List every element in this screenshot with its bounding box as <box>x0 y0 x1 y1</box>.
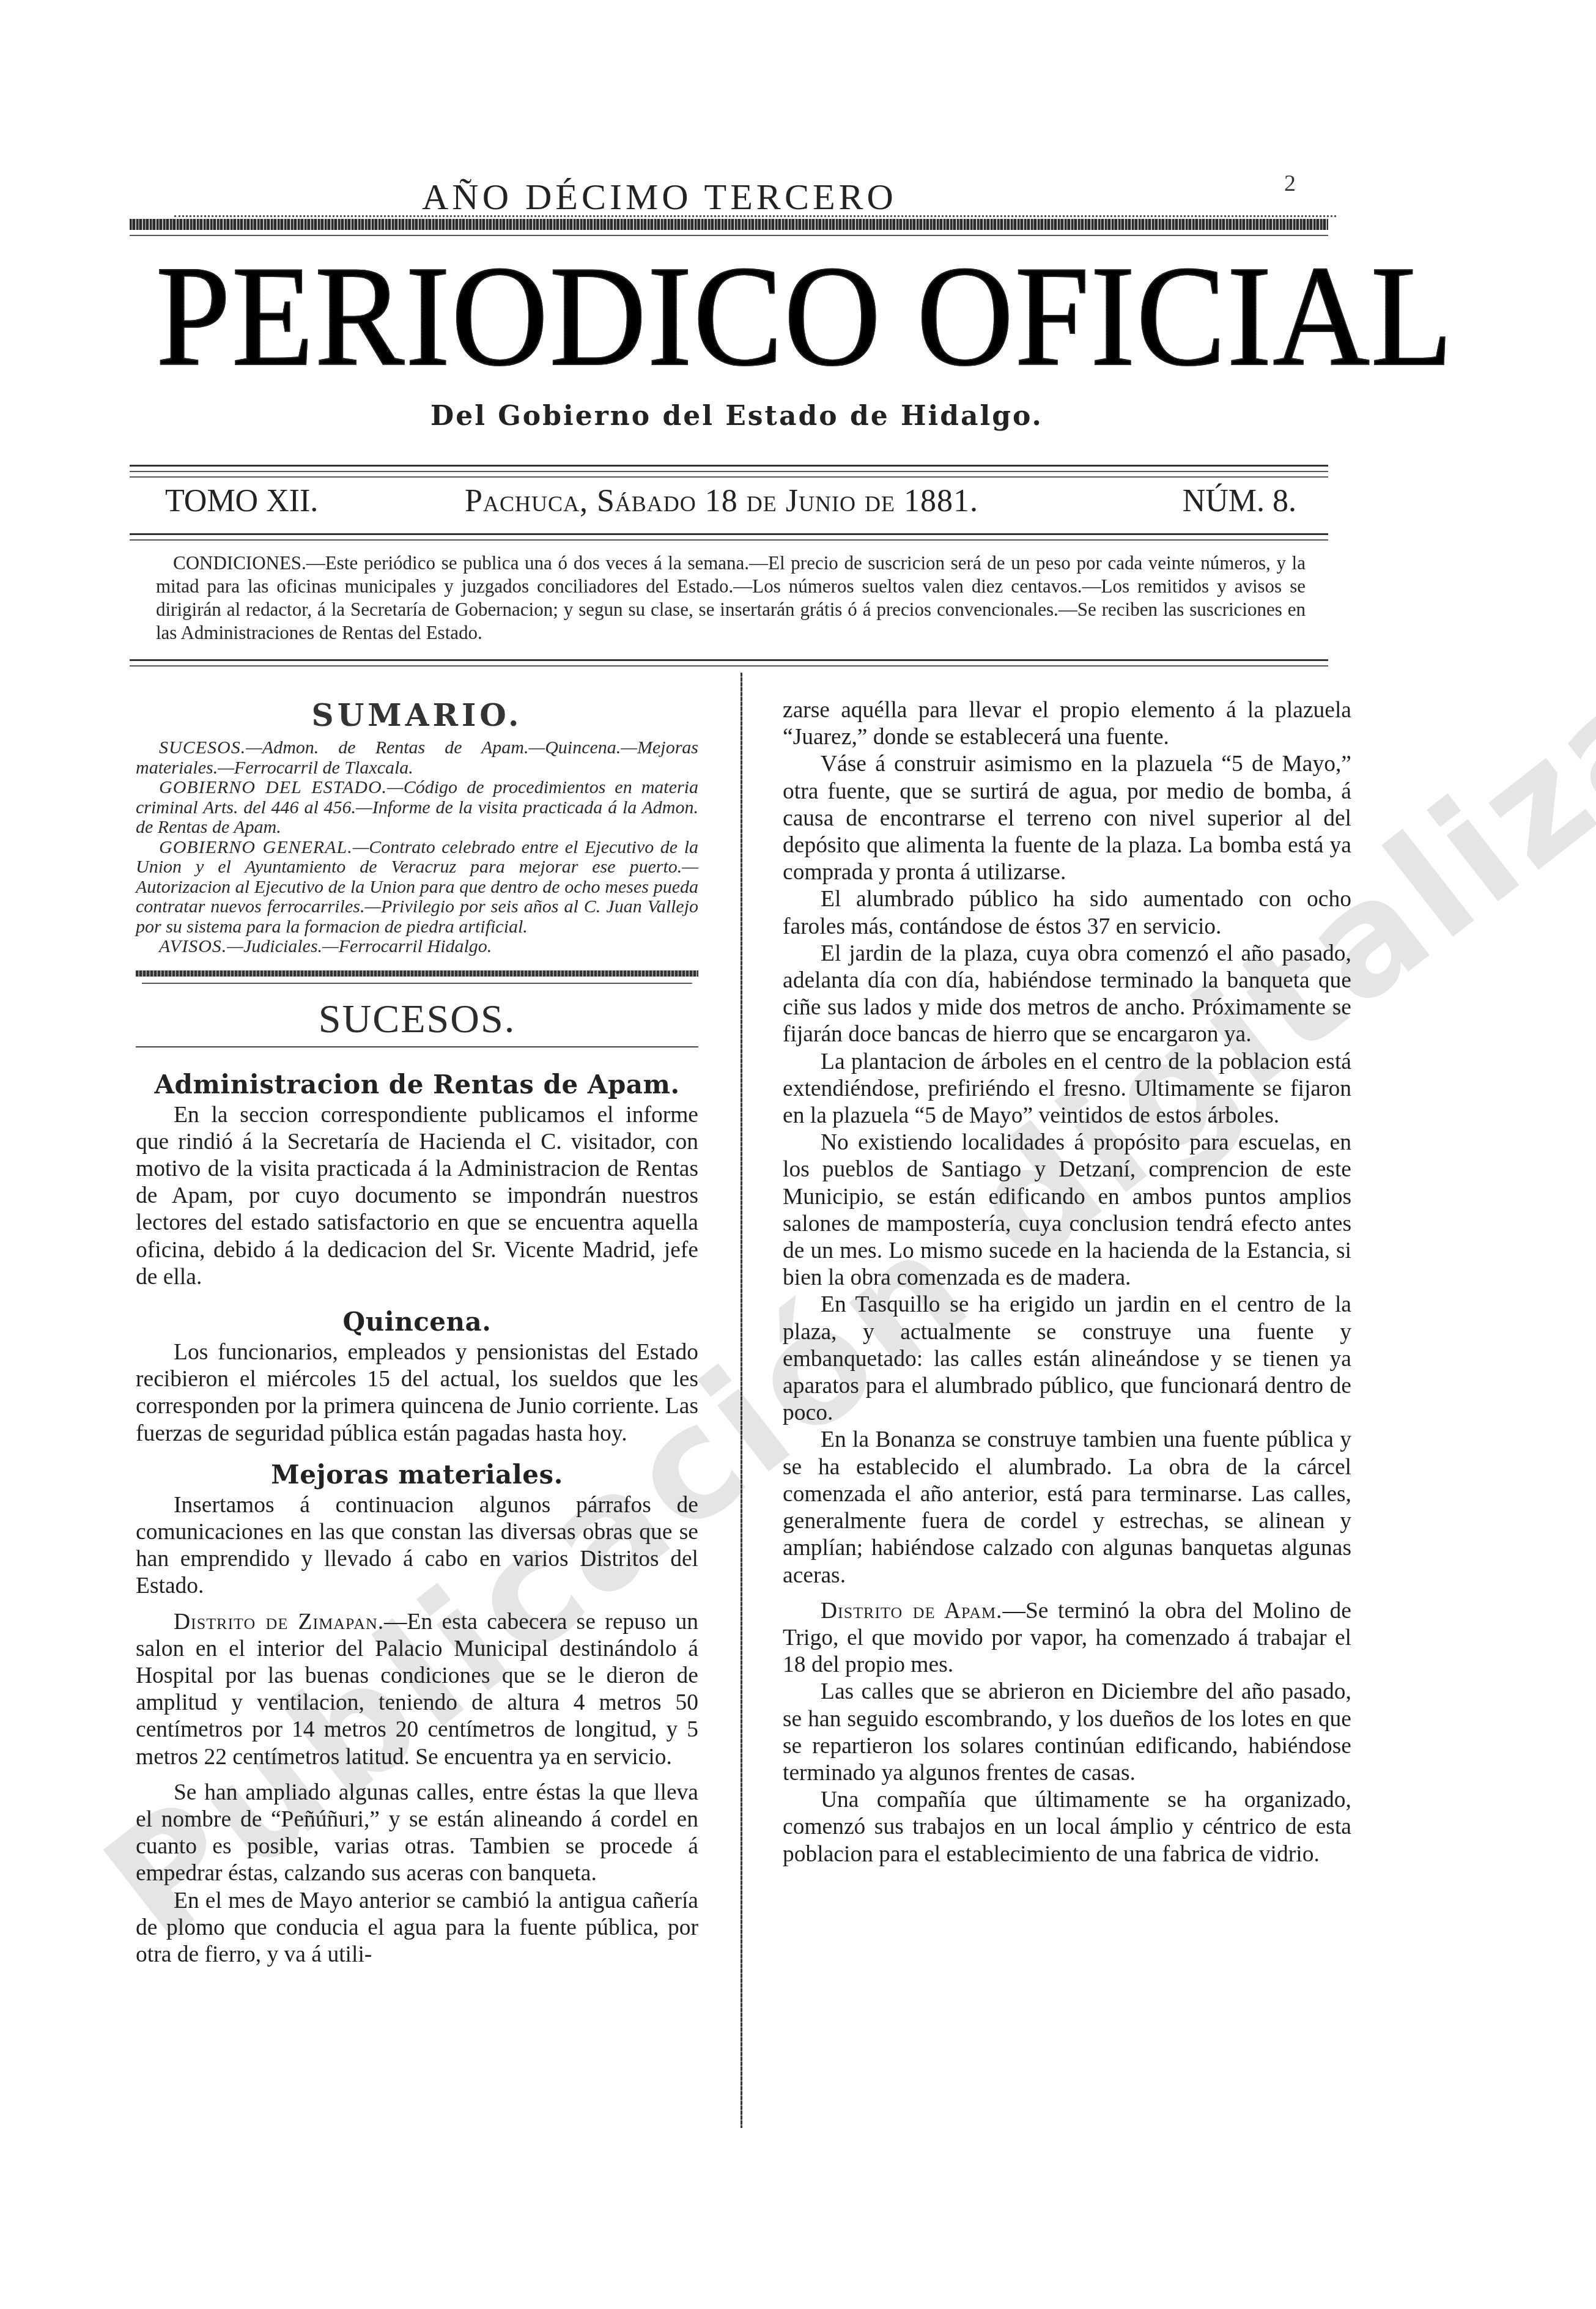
dateline: Pachuca, Sábado 18 de Junio de 1881. <box>465 483 978 519</box>
article-paragraph: Las calles que se abrieron en Diciembre … <box>783 1679 1351 1787</box>
article-heading: Mejoras materiales. <box>136 1460 698 1490</box>
right-column: zarse aquélla para llevar el propio elem… <box>783 697 1351 1868</box>
district-paragraph: Distrito de Apam.—Se terminó la obra del… <box>783 1598 1351 1679</box>
district-paragraph: Distrito de Zimapan.—En esta cabecera se… <box>136 1609 698 1771</box>
article-heading: Quincena. <box>136 1307 698 1337</box>
summary-title: SUMARIO. <box>136 697 698 733</box>
subscription-conditions: CONDICIONES.—Este periódico se publica u… <box>156 552 1306 645</box>
page-corner-mark: 2 <box>1284 170 1296 197</box>
summary-box: SUMARIO. SUCESOS.—Admon. de Rentas de Ap… <box>136 697 698 957</box>
article-paragraph: El alumbrado público ha sido aumentado c… <box>783 886 1351 940</box>
conditions-rule-2 <box>130 665 1328 667</box>
info-rule-top-3 <box>130 476 1328 478</box>
section-rule <box>136 1046 698 1047</box>
masthead-rule <box>130 235 1328 236</box>
year-label: AÑO DÉCIMO TERCERO <box>422 176 897 218</box>
continued-paragraph: zarse aquélla para llevar el propio elem… <box>783 697 1351 751</box>
left-column: SUMARIO. SUCESOS.—Admon. de Rentas de Ap… <box>136 697 698 1968</box>
column-divider <box>741 673 742 2128</box>
article-paragraph: El jardin de la plaza, cuya obra comenzó… <box>783 940 1351 1049</box>
info-rule-bottom-1 <box>130 533 1328 535</box>
newspaper-title: PERIODICO OFICIAL <box>156 245 1225 389</box>
article-paragraph: En la seccion correspondiente publicamos… <box>136 1102 698 1291</box>
summary-entry: GOBIERNO GENERAL.—Contrato celebrado ent… <box>136 838 698 937</box>
summary-entry: GOBIERNO DEL ESTADO.—Código de procedimi… <box>136 778 698 838</box>
summary-entry: SUCESOS.—Admon. de Rentas de Apam.—Quinc… <box>136 738 698 778</box>
article-paragraph: Se han ampliado algunas calles, entre és… <box>136 1779 698 1888</box>
article-paragraph: Una compañía que últimamente se ha organ… <box>783 1787 1351 1868</box>
article-paragraph: No existiendo localidades á propósito pa… <box>783 1129 1351 1291</box>
newspaper-subtitle: Del Gobierno del Estado de Hidalgo. <box>355 401 1119 432</box>
info-rule-top-1 <box>130 465 1328 467</box>
sucesos-articles: Administracion de Rentas de Apam. En la … <box>136 1070 698 1969</box>
summary-entry: AVISOS.—Judiciales.—Ferrocarril Hidalgo. <box>136 937 698 957</box>
article-heading: Administracion de Rentas de Apam. <box>136 1070 698 1099</box>
summary-ornamental-rule <box>136 970 698 977</box>
info-rule-bottom-2 <box>130 539 1328 541</box>
conditions-rule-1 <box>130 659 1328 661</box>
section-title-sucesos: SUCESOS. <box>136 996 698 1043</box>
summary-rule <box>142 983 692 984</box>
issue-number: NÚM. 8. <box>1183 483 1296 519</box>
newspaper-page: Publicación digitalizada AÑO DÉCIMO TERC… <box>0 0 1596 2309</box>
article-paragraph: Váse á construir asimismo en la plazuela… <box>783 751 1351 886</box>
info-rule-top-2 <box>130 471 1328 472</box>
article-paragraph: Los funcionarios, empleados y pensionist… <box>136 1339 698 1447</box>
issue-info-row: TOMO XII. Pachuca, Sábado 18 de Junio de… <box>165 483 1296 526</box>
article-paragraph: En Tasquillo se ha erigido un jardin en … <box>783 1291 1351 1427</box>
article-paragraph: En la Bonanza se construye tambien una f… <box>783 1427 1351 1589</box>
article-paragraph: Insertamos á continuacion algunos párraf… <box>136 1492 698 1600</box>
volume-label: TOMO XII. <box>165 483 318 519</box>
masthead-ornamental-band <box>130 219 1328 230</box>
article-paragraph: En el mes de Mayo anterior se cambió la … <box>136 1888 698 1969</box>
article-paragraph: La plantacion de árboles en el centro de… <box>783 1049 1351 1130</box>
